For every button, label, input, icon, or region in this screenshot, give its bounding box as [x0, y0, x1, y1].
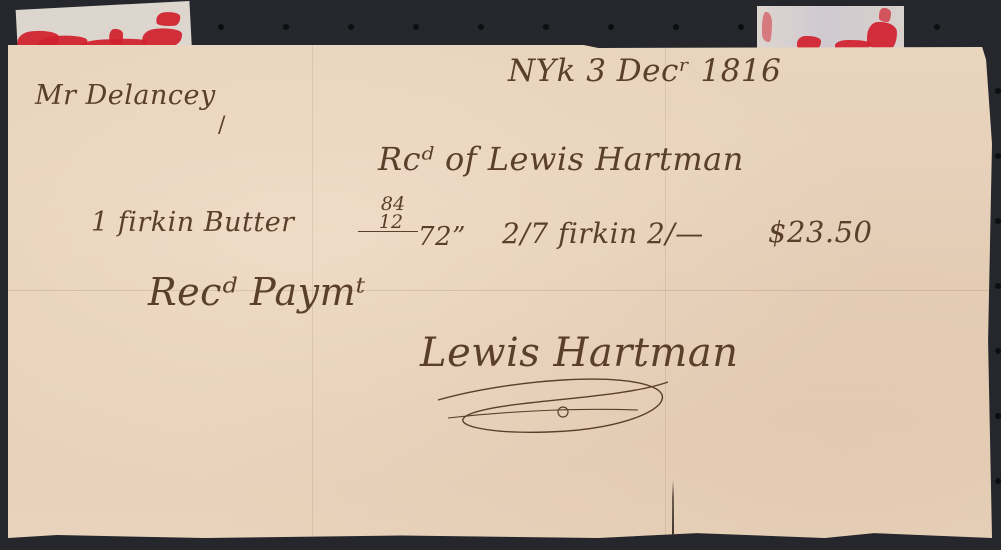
received-of-line: Rcᵈ of Lewis Hartman [378, 140, 744, 178]
rate-line: 2/7 firkin 2/— [502, 217, 704, 250]
mounting-hole [673, 24, 679, 30]
mounting-hole [995, 153, 1001, 159]
mounting-hole [348, 24, 354, 30]
mounting-hole [283, 24, 289, 30]
mounting-hole [543, 24, 549, 30]
mounting-hole [995, 218, 1001, 224]
mounting-hole [478, 24, 484, 30]
weight-fraction: 84 12 [358, 195, 418, 232]
mounting-hole [413, 24, 419, 30]
mounting-hole [608, 24, 614, 30]
net-weight: 72” [418, 222, 466, 252]
addressee-mark: / [218, 113, 225, 138]
receipt-paper: Mr Delancey / NYk 3 Decʳ 1816 Rcᵈ of Lew… [8, 45, 992, 538]
mounting-hole [934, 24, 940, 30]
mounting-hole [995, 88, 1001, 94]
mounting-hole [738, 24, 744, 30]
place-and-date: NYk 3 Decʳ 1816 [508, 53, 781, 89]
mounting-hole [995, 478, 1001, 484]
mounting-hole [995, 283, 1001, 289]
signature-flourish [428, 370, 688, 440]
addressee: Mr Delancey [35, 80, 216, 111]
document-scan: Mr Delancey / NYk 3 Decʳ 1816 Rcᵈ of Lew… [0, 0, 1001, 550]
fold-line-vertical [665, 45, 666, 538]
mounting-hole [995, 348, 1001, 354]
mounting-hole [995, 413, 1001, 419]
tare-weight: 12 [358, 213, 418, 232]
paper-tear [672, 480, 674, 538]
total-amount: $23.50 [768, 215, 872, 249]
payment-received-note: Recᵈ Paymᵗ [148, 270, 366, 314]
mounting-hole [218, 24, 224, 30]
wax-seal-fragment-right [757, 6, 904, 50]
item-description: 1 firkin Butter [91, 207, 295, 238]
